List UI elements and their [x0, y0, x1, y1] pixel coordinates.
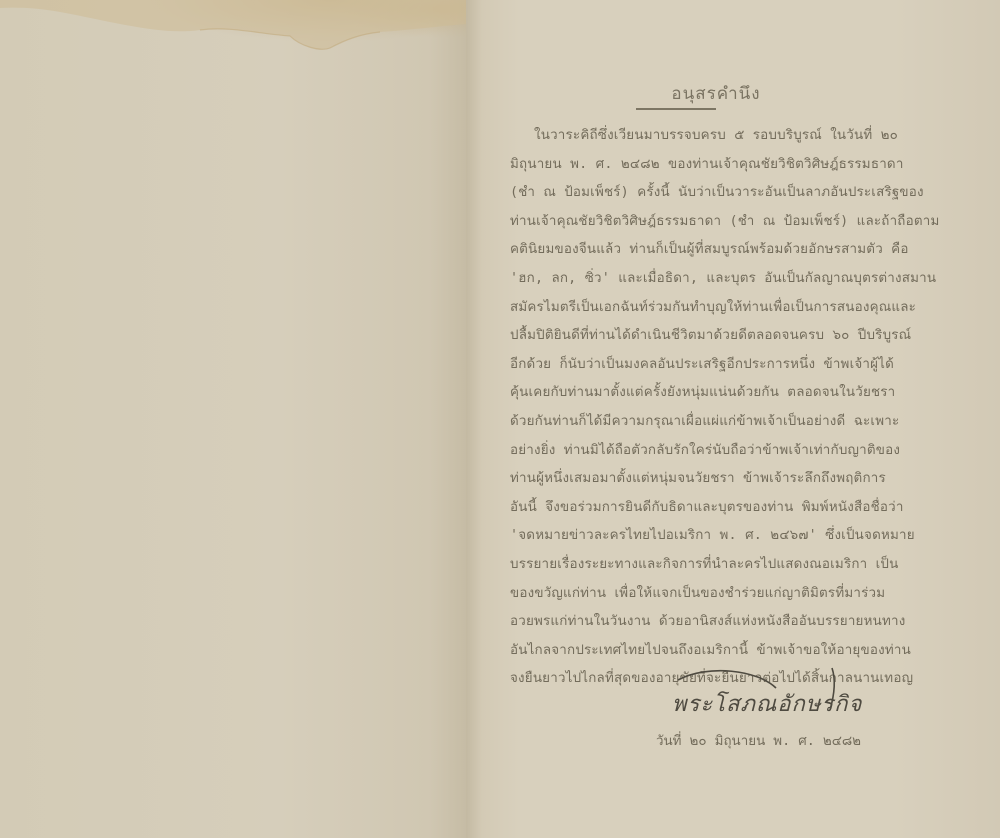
open-book-spread: อนุสรคำนึง ในวาระคิถีซึ่งเวียนมาบรรจบครบ…: [0, 0, 1000, 838]
text-line: ในวาระคิถีซึ่งเวียนมาบรรจบครบ ๕ รอบบริบู…: [510, 122, 936, 151]
text-line: คตินิยมของจีนแล้ว ท่านก็เป็นผู้ที่สมบูรณ…: [510, 236, 936, 265]
text-line: มิถุนายน พ. ศ. ๒๔๘๒ ของท่านเจ้าคุณชัยวิช…: [510, 151, 936, 180]
text-line: ด้วยกันท่านก็ได้มีความกรุณาเผื่อแผ่แก่ข้…: [510, 408, 936, 437]
text-line: อันนี้ จึงขอร่วมการยินดีกับธิดาและบุตรขอ…: [510, 494, 936, 523]
text-line: ปลื้มปิติยินดีที่ท่านได้ดำเนินชีวิตมาด้ว…: [510, 322, 936, 351]
signature-text: พระโสภณอักษรกิจ: [672, 686, 862, 721]
text-line: 'ฮก, ลก, ซิ่ว' และเมื่อธิดา, และบุตร อัน…: [510, 265, 936, 294]
text-line: อวยพรแก่ท่านในวันงาน ด้วยอานิสงส์แห่งหนั…: [510, 608, 936, 637]
signature-date: วันที่ ๒๐ มิถุนายน พ. ศ. ๒๔๘๒: [656, 730, 861, 751]
water-stain: [0, 0, 466, 60]
text-line: ท่านผู้หนึ่งเสมอมาตั้งแต่หนุ่มจนวัยชรา ข…: [510, 465, 936, 494]
body-paragraph: ในวาระคิถีซึ่งเวียนมาบรรจบครบ ๕ รอบบริบู…: [510, 122, 936, 694]
text-line: อีกด้วย ก็นับว่าเป็นมงคลอันประเสริฐอีกปร…: [510, 351, 936, 380]
text-line: อันไกลจากประเทศไทยไปจนถึงอเมริกานี้ ข้าพ…: [510, 637, 936, 666]
text-line: อย่างยิ่ง ท่านมิได้ถือตัวกลับรักใคร่นับถ…: [510, 437, 936, 466]
text-line: ท่านเจ้าคุณชัยวิชิตวิศิษฎ์ธรรมธาดา (ชำ ณ…: [510, 208, 936, 237]
text-line: (ชำ ณ ป้อมเพ็ชร์) ครั้งนี้ นับว่าเป็นวาร…: [510, 179, 936, 208]
text-line: 'จดหมายข่าวละครไทยไปอเมริกา พ. ศ. ๒๔๖๗' …: [510, 522, 936, 551]
page-title: อนุสรคำนึง: [636, 80, 796, 107]
text-line: ของขวัญแก่ท่าน เพื่อให้แจกเป็นของชำร่วยแ…: [510, 580, 936, 609]
text-line: คุ้นเคยกับท่านมาตั้งแต่ครั้งยังหนุ่มแน่น…: [510, 379, 936, 408]
signature: พระโสภณอักษรกิจ: [648, 666, 908, 726]
left-page: [0, 0, 466, 838]
text-line: สมัครไมตรีเป็นเอกฉันท์ร่วมกันทำบุญให้ท่า…: [510, 294, 936, 323]
title-underline: [636, 108, 716, 110]
text-line: บรรยายเรื่องระยะทางและกิจการที่นำละครไปแ…: [510, 551, 936, 580]
